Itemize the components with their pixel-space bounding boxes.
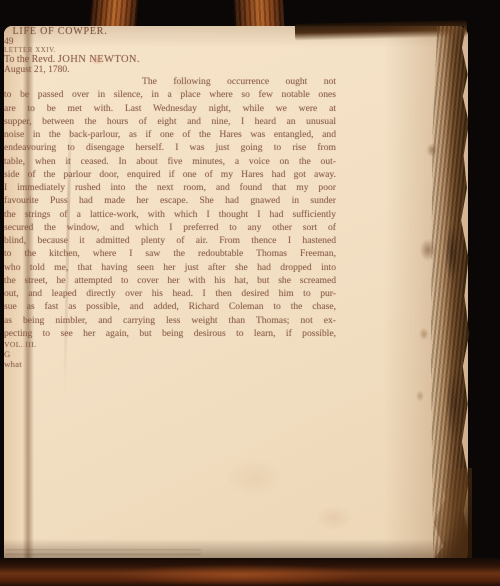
body-line: secured the window, and which I preferre… bbox=[4, 221, 336, 234]
body-line: supper, between the hours of eight and n… bbox=[4, 115, 336, 128]
running-head: LIFE OF COWPER. bbox=[4, 26, 116, 37]
body-line: I immediately rushed into the next room,… bbox=[4, 181, 336, 194]
salutation-name: JOHN NEWTON. bbox=[58, 54, 140, 65]
volume-label: VOL. III. bbox=[4, 340, 468, 349]
body-line: to the kitchen, where I saw the redoubta… bbox=[4, 247, 336, 260]
body-line: endeavouring to disengage herself. I was… bbox=[4, 141, 336, 154]
book-page: LIFE OF COWPER. 49 LETTER XXIV. To the R… bbox=[4, 26, 468, 566]
salutation-prefix: To the Revd. bbox=[4, 54, 58, 65]
body-line: table, when it ceased. In about five min… bbox=[4, 155, 336, 168]
page-number: 49 bbox=[4, 37, 468, 47]
printed-text: LIFE OF COWPER. 49 LETTER XXIV. To the R… bbox=[4, 26, 468, 566]
body-line: favourite Puss had made her escape. She … bbox=[4, 194, 336, 207]
body-line: who told me, that having seen her just a… bbox=[4, 261, 336, 274]
body-line: sue as fast as possible, and added, Rich… bbox=[4, 300, 336, 313]
date-line: August 21, 1780. bbox=[4, 65, 468, 75]
body-line: the strings of a lattice-work, with whic… bbox=[4, 208, 336, 221]
catchword: what bbox=[4, 359, 468, 369]
body-line: pecting to see her again, but being desi… bbox=[4, 327, 336, 340]
body-line: the street, he attempted to cover her wi… bbox=[4, 274, 336, 287]
signature-mark: G bbox=[4, 349, 468, 359]
body-line: as being nimbler, and carrying less weig… bbox=[4, 314, 336, 327]
letter-body: The following occurrence ought not to be… bbox=[4, 75, 336, 340]
body-line: The following occurrence ought not bbox=[4, 75, 336, 88]
letter-heading: LETTER XXIV. bbox=[4, 47, 468, 54]
body-line: side of the parlour door, enquired if on… bbox=[4, 168, 336, 181]
easel-ledge bbox=[0, 558, 500, 586]
photograph-of-book: LIFE OF COWPER. 49 LETTER XXIV. To the R… bbox=[0, 0, 500, 586]
body-line: are to be met with. Last Wednesday night… bbox=[4, 102, 336, 115]
body-line: out, and leaped directly over his head. … bbox=[4, 287, 336, 300]
salutation: To the Revd. JOHN NEWTON. bbox=[4, 54, 468, 65]
body-line: blind, because it admitted plenty of air… bbox=[4, 234, 336, 247]
body-line: noise in the back-parlour, as if one of … bbox=[4, 128, 336, 141]
body-line: to be passed over in silence, in a place… bbox=[4, 88, 336, 101]
